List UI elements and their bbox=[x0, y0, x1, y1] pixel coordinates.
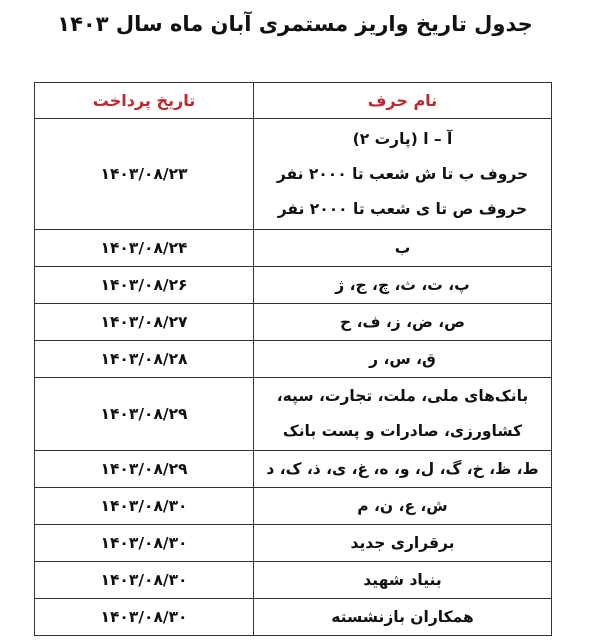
name-line: ق، س، ر bbox=[260, 341, 545, 377]
name-line: بنیاد شهید bbox=[260, 562, 545, 598]
table-row: پ، ت، ث، چ، ج، ژ ۱۴۰۳/۰۸/۲۶ bbox=[35, 267, 552, 304]
table-header-row: نام حرف تاریخ پرداخت bbox=[35, 83, 552, 119]
table-row: برقراری جدید ۱۴۰۳/۰۸/۳۰ bbox=[35, 525, 552, 562]
table-row: بانک‌های ملی، ملت، تجارت، سپه، کشاورزی، … bbox=[35, 378, 552, 451]
name-line: برقراری جدید bbox=[260, 525, 545, 561]
table-row: همکاران بازنشسته ۱۴۰۳/۰۸/۳۰ bbox=[35, 599, 552, 636]
letter-name-cell: پ، ت، ث، چ، ج، ژ bbox=[254, 267, 552, 304]
payment-date-cell: ۱۴۰۳/۰۸/۲۷ bbox=[35, 304, 254, 341]
payment-date-cell: ۱۴۰۳/۰۸/۳۰ bbox=[35, 599, 254, 636]
payment-date-cell: ۱۴۰۳/۰۸/۲۴ bbox=[35, 230, 254, 267]
letter-name-cell: ق، س، ر bbox=[254, 341, 552, 378]
name-line: آ – ا (پارت ۲) bbox=[260, 122, 545, 157]
table-row: ص، ض، ز، ف، ح ۱۴۰۳/۰۸/۲۷ bbox=[35, 304, 552, 341]
name-line: ص، ض، ز، ف، ح bbox=[260, 304, 545, 340]
name-line: حروف ب تا ش شعب تا ۲۰۰۰ نفر bbox=[260, 157, 545, 192]
name-line: پ، ت، ث، چ، ج، ژ bbox=[260, 267, 545, 303]
name-line: بانک‌های ملی، ملت، تجارت، سپه، bbox=[260, 379, 545, 414]
letter-name-cell: ش، ع، ن، م bbox=[254, 488, 552, 525]
name-line: ب bbox=[260, 230, 545, 266]
name-line: همکاران بازنشسته bbox=[260, 599, 545, 635]
payment-date-cell: ۱۴۰۳/۰۸/۳۰ bbox=[35, 525, 254, 562]
header-payment-date: تاریخ پرداخت bbox=[35, 83, 254, 119]
payment-date-cell: ۱۴۰۳/۰۸/۳۰ bbox=[35, 488, 254, 525]
letter-name-cell: بنیاد شهید bbox=[254, 562, 552, 599]
letter-name-cell: بانک‌های ملی، ملت، تجارت، سپه، کشاورزی، … bbox=[254, 378, 552, 451]
payment-date-cell: ۱۴۰۳/۰۸/۲۶ bbox=[35, 267, 254, 304]
name-line: ط، ظ، خ، گ، ل، و، ه، غ، ی، ذ، ک، د bbox=[260, 451, 545, 487]
header-letter-name: نام حرف bbox=[254, 83, 552, 119]
page-title: جدول تاریخ واریز مستمری آبان ماه سال ۱۴۰… bbox=[0, 12, 590, 36]
table-row: ش، ع، ن، م ۱۴۰۳/۰۸/۳۰ bbox=[35, 488, 552, 525]
letter-name-cell: ص، ض، ز، ف، ح bbox=[254, 304, 552, 341]
payment-date-cell: ۱۴۰۳/۰۸/۲۳ bbox=[35, 119, 254, 230]
table-row: آ – ا (پارت ۲) حروف ب تا ش شعب تا ۲۰۰۰ ن… bbox=[35, 119, 552, 230]
table-row: بنیاد شهید ۱۴۰۳/۰۸/۳۰ bbox=[35, 562, 552, 599]
payment-schedule-table: نام حرف تاریخ پرداخت آ – ا (پارت ۲) حروف… bbox=[34, 82, 552, 636]
name-line: حروف ص تا ی شعب تا ۲۰۰۰ نفر bbox=[260, 192, 545, 227]
letter-name-cell: همکاران بازنشسته bbox=[254, 599, 552, 636]
letter-name-cell: آ – ا (پارت ۲) حروف ب تا ش شعب تا ۲۰۰۰ ن… bbox=[254, 119, 552, 230]
payment-date-cell: ۱۴۰۳/۰۸/۲۹ bbox=[35, 451, 254, 488]
name-line: ش، ع، ن، م bbox=[260, 488, 545, 524]
letter-name-cell: ط، ظ، خ، گ، ل، و، ه، غ، ی، ذ، ک، د bbox=[254, 451, 552, 488]
payment-date-cell: ۱۴۰۳/۰۸/۳۰ bbox=[35, 562, 254, 599]
table-row: ق، س، ر ۱۴۰۳/۰۸/۲۸ bbox=[35, 341, 552, 378]
letter-name-cell: برقراری جدید bbox=[254, 525, 552, 562]
table-row: ط، ظ، خ، گ، ل، و، ه، غ، ی، ذ، ک، د ۱۴۰۳/… bbox=[35, 451, 552, 488]
name-line: کشاورزی، صادرات و پست بانک bbox=[260, 414, 545, 449]
payment-date-cell: ۱۴۰۳/۰۸/۲۸ bbox=[35, 341, 254, 378]
table-row: ب ۱۴۰۳/۰۸/۲۴ bbox=[35, 230, 552, 267]
letter-name-cell: ب bbox=[254, 230, 552, 267]
payment-date-cell: ۱۴۰۳/۰۸/۲۹ bbox=[35, 378, 254, 451]
